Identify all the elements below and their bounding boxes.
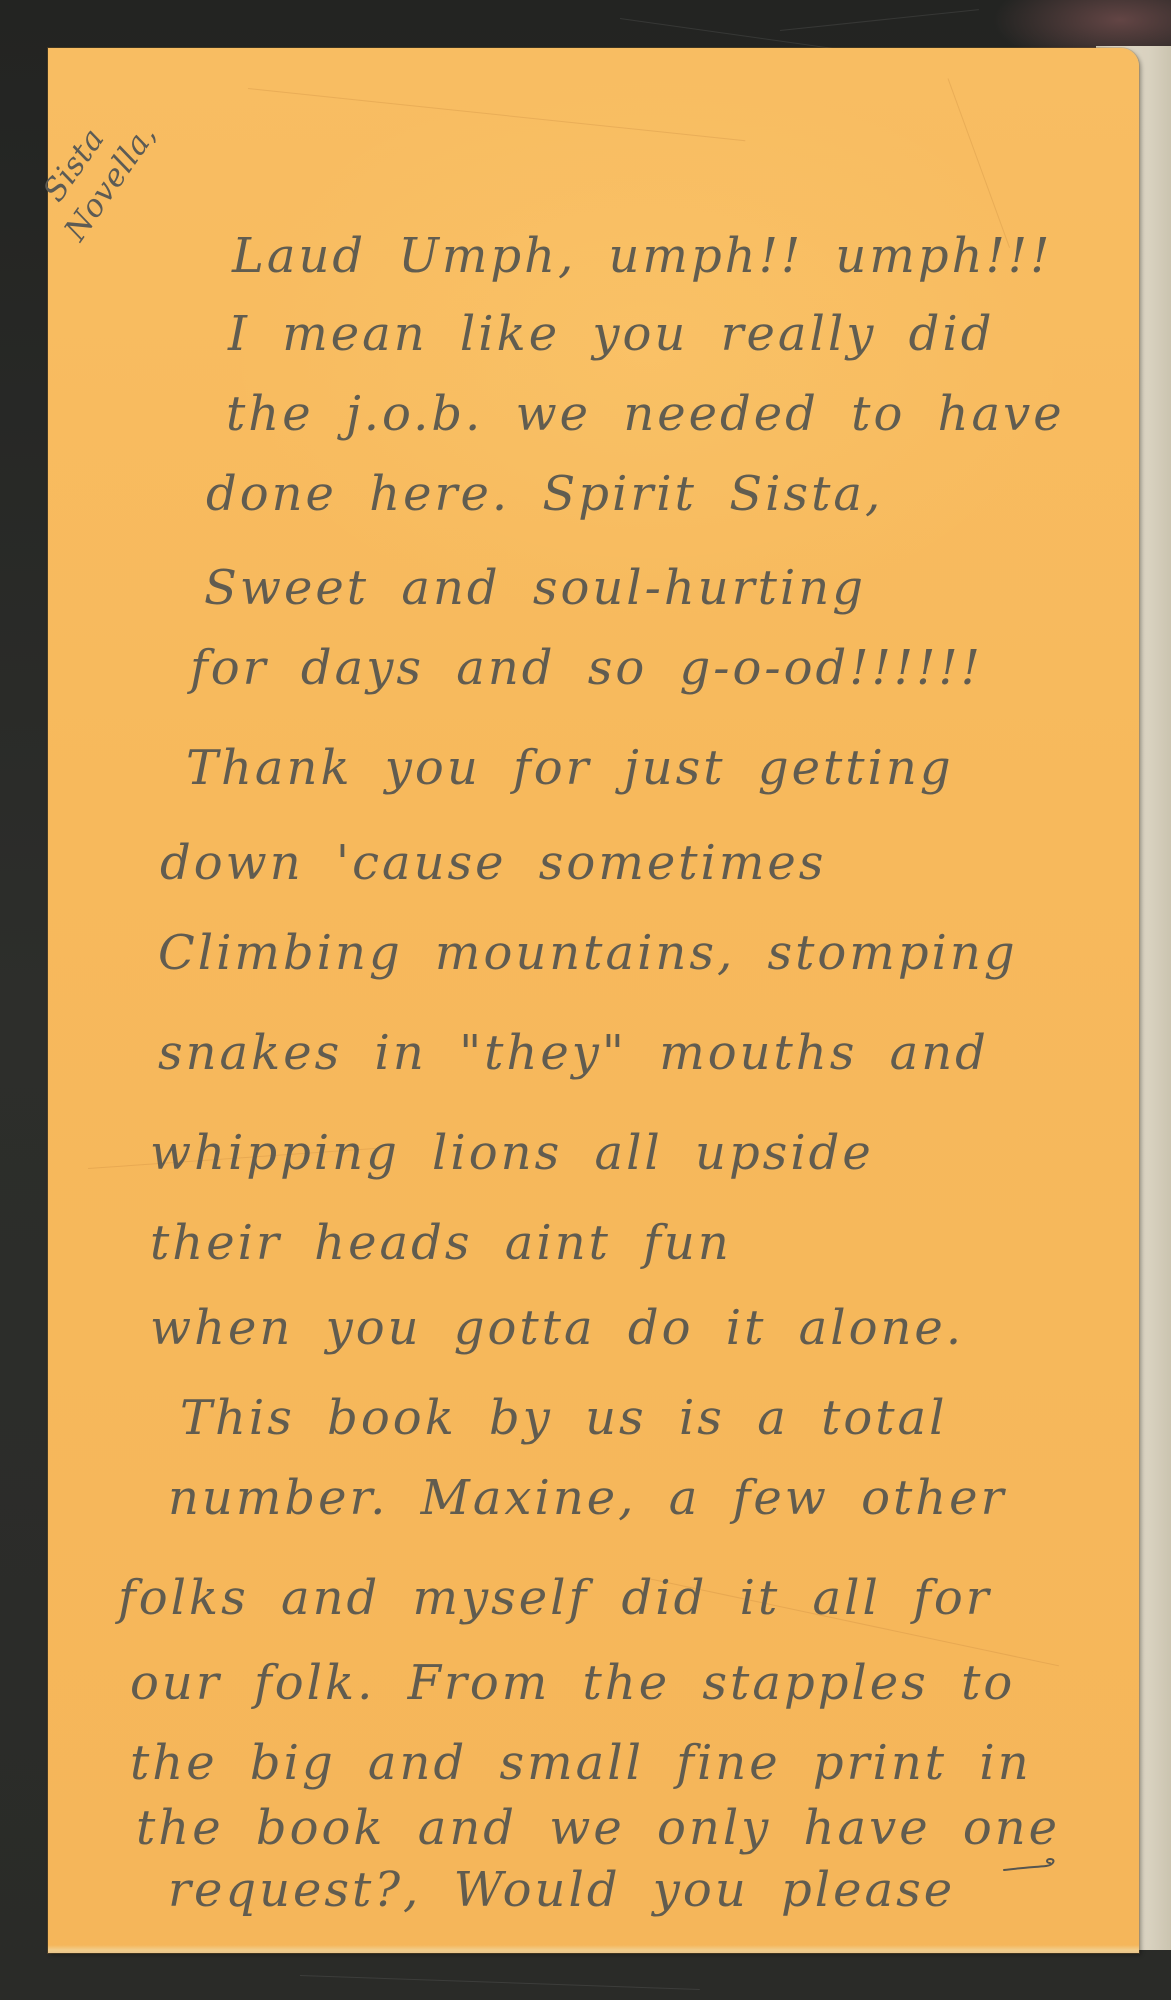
letter-line-16: folks and myself did it all for xyxy=(118,1570,992,1626)
letter-line-2: I mean like you really did xyxy=(228,306,994,362)
letter-line-8: down 'cause sometimes xyxy=(160,835,826,891)
letter-line-18: the big and small fine print in xyxy=(130,1735,1032,1791)
letter-line-12: their heads aint fun xyxy=(150,1215,732,1271)
letter-line-13: when you gotta do it alone. xyxy=(150,1300,964,1356)
letter-line-14: This book by us is a total xyxy=(180,1390,948,1446)
letter-line-10: snakes in "they" mouths and xyxy=(158,1025,989,1081)
letter-line-1: Laud Umph, umph!! umph!!! xyxy=(232,228,1052,284)
letter-line-20: request?, Would you please xyxy=(168,1862,955,1918)
continued-arrow-icon xyxy=(1002,1856,1058,1876)
letter-line-5: Sweet and soul-hurting xyxy=(204,560,866,616)
paper-crease xyxy=(948,78,1011,247)
letter-line-15: number. Maxine, a few other xyxy=(168,1470,1007,1526)
letter-line-11: whipping lions all upside xyxy=(150,1125,874,1181)
letter-line-6: for days and so g-o-od!!!!!! xyxy=(190,640,983,696)
paper-crease xyxy=(248,88,745,141)
letter-line-9: Climbing mountains, stomping xyxy=(158,925,1018,981)
letter-line-7: Thank you for just getting xyxy=(186,740,954,796)
letter-line-19: the book and we only have one xyxy=(136,1800,1060,1856)
letter-line-3: the j.o.b. we needed to have xyxy=(226,386,1065,442)
letter-line-17: our folk. From the stapples to xyxy=(130,1655,1015,1711)
letter-line-4: done here. Spirit Sista, xyxy=(206,466,883,522)
